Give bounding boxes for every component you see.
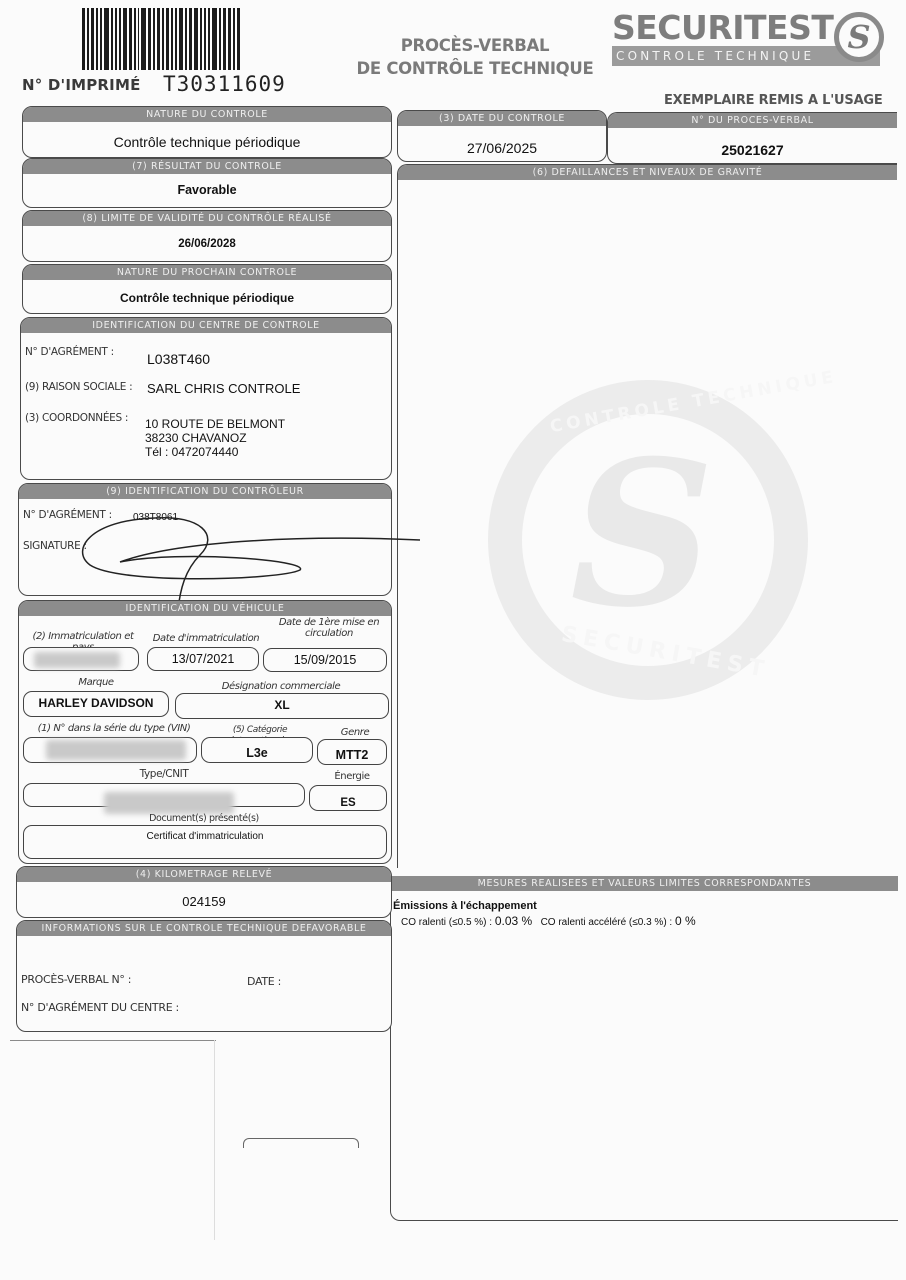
title-line-2: DE CONTRÔLE TECHNIQUE	[340, 57, 610, 80]
exemplaire-note: EXEMPLAIRE REMIS A L'USAGE	[664, 93, 883, 108]
coordonnees-label: (3) COORDONNÉES :	[25, 412, 128, 424]
raison-sociale-label: (9) RAISON SOCIALE :	[25, 381, 132, 393]
documents-field: Certificat d'immatriculation	[23, 825, 387, 859]
date-controle-value: 27/06/2025	[398, 126, 606, 156]
kilometrage-value: 024159	[17, 882, 391, 909]
prochain-controle-value: Contrôle technique périodique	[23, 280, 391, 305]
immatriculation-field	[23, 647, 139, 671]
bottom-fold-line	[214, 1040, 215, 1240]
vin-label: (1) N° dans la série du type (VIN)	[29, 723, 199, 734]
centre-controle-box: IDENTIFICATION DU CENTRE DE CONTROLE N° …	[20, 317, 392, 480]
co-accelere-label: CO ralenti accéléré (≤0.3 %) :	[541, 917, 673, 928]
centre-address: 10 ROUTE DE BELMONT 38230 CHAVANOZ Tél :…	[145, 417, 285, 459]
vin-field	[23, 737, 197, 763]
genre-label: Genre	[323, 727, 387, 738]
kilometrage-box: (4) KILOMETRAGE RELEVÉ 024159	[16, 866, 392, 918]
barcode	[82, 8, 242, 70]
defaillances-header: (6) DEFAILLANCES ET NIVEAUX DE GRAVITÉ	[398, 165, 897, 180]
defavorable-agrement-label: N° D'AGRÉMENT DU CENTRE :	[21, 1001, 179, 1014]
energie-label: Énergie	[319, 771, 385, 782]
date-immat-label: Date d'immatriculation	[151, 633, 261, 644]
redacted-type-cnit	[104, 792, 234, 814]
type-cnit-label: Type/CNIT	[99, 769, 229, 780]
address-line-2: 38230 CHAVANOZ	[145, 431, 285, 445]
defavorable-pv-label: PROCÈS-VERBAL N° :	[21, 973, 131, 986]
kilometrage-header: (4) KILOMETRAGE RELEVÉ	[17, 867, 391, 882]
numero-pv-value: 25021627	[608, 128, 897, 158]
vehicule-header: IDENTIFICATION DU VÉHICULE	[19, 601, 391, 616]
categorie-field: L3e	[201, 737, 313, 763]
title-line-1: PROCÈS-VERBAL	[340, 34, 610, 57]
centre-agrement-label: N° D'AGRÉMENT :	[25, 346, 114, 358]
prochain-controle-box: NATURE DU PROCHAIN CONTROLE Contrôle tec…	[22, 264, 392, 314]
premiere-circulation-label: Date de 1ère mise en circulation	[271, 617, 387, 639]
limite-validite-header: (8) LIMITE DE VALIDITÉ DU CONTRÔLE RÉALI…	[23, 211, 391, 226]
bottom-divider	[10, 1040, 216, 1041]
defaillances-box: (6) DEFAILLANCES ET NIVEAUX DE GRAVITÉ	[397, 164, 897, 868]
limite-validite-box: (8) LIMITE DE VALIDITÉ DU CONTRÔLE RÉALI…	[22, 210, 392, 262]
document-title: PROCÈS-VERBAL DE CONTRÔLE TECHNIQUE	[340, 34, 610, 80]
marque-field: HARLEY DAVIDSON	[23, 691, 169, 717]
limite-validite-value: 26/06/2028	[23, 226, 391, 250]
mesures-box: MESURES REALISEES ET VALEURS LIMITES COR…	[390, 876, 898, 1221]
resultat-box: (7) RÉSULTAT DU CONTROLE Favorable	[22, 158, 392, 208]
imprime-label: N° D'IMPRIMÉ	[22, 76, 141, 94]
signature-scribble-icon	[60, 510, 440, 610]
controleur-header: (9) IDENTIFICATION DU CONTRÔLEUR	[19, 484, 391, 499]
vehicule-box: IDENTIFICATION DU VÉHICULE (2) Immatricu…	[18, 600, 392, 864]
defavorable-header: INFORMATIONS SUR LE CONTROLE TECHNIQUE D…	[17, 921, 391, 936]
date-controle-header: (3) DATE DU CONTROLE	[398, 111, 606, 126]
nature-controle-box: NATURE DU CONTROLE Contrôle technique pé…	[22, 106, 392, 158]
centre-controle-header: IDENTIFICATION DU CENTRE DE CONTROLE	[21, 318, 391, 333]
co-accelere-value: 0 %	[675, 914, 696, 928]
redacted-immatriculation	[34, 652, 120, 668]
numero-pv-header: N° DU PROCES-VERBAL	[608, 113, 897, 128]
co-ralenti-value: 0.03 %	[495, 914, 532, 928]
mesures-header: MESURES REALISEES ET VALEURS LIMITES COR…	[391, 876, 898, 891]
address-phone: Tél : 0472074440	[145, 445, 285, 459]
type-cnit-field	[23, 783, 305, 807]
raison-sociale-value: SARL CHRIS CONTROLE	[147, 381, 300, 396]
logo-wordmark: SECURITEST	[612, 10, 833, 46]
energie-field: ES	[309, 785, 387, 811]
prochain-controle-header: NATURE DU PROCHAIN CONTROLE	[23, 265, 391, 280]
designation-field: XL	[175, 693, 389, 719]
centre-agrement-value: L038T460	[147, 351, 210, 367]
nature-controle-header: NATURE DU CONTROLE	[23, 107, 391, 122]
documents-label: Document(s) présenté(s)	[79, 813, 329, 824]
co-ralenti-label: CO ralenti (≤0.5 %) :	[401, 917, 492, 928]
genre-field: MTT2	[317, 739, 387, 765]
resultat-value: Favorable	[23, 174, 391, 197]
bottom-bracket	[243, 1138, 359, 1148]
address-line-1: 10 ROUTE DE BELMONT	[145, 417, 285, 431]
logo-glyph: S	[847, 21, 870, 53]
date-immat-field: 13/07/2021	[147, 647, 259, 671]
securitest-logo-icon: S	[834, 12, 884, 62]
numero-pv-box: N° DU PROCES-VERBAL 25021627	[607, 112, 897, 164]
redacted-vin	[46, 740, 186, 760]
emissions-values: CO ralenti (≤0.5 %) : 0.03 % CO ralenti …	[401, 914, 696, 928]
defavorable-box: INFORMATIONS SUR LE CONTROLE TECHNIQUE D…	[16, 920, 392, 1032]
marque-label: Marque	[23, 677, 169, 688]
imprime-number: T30311609	[163, 72, 286, 96]
defavorable-date-label: DATE :	[247, 975, 281, 988]
premiere-circulation-field: 15/09/2015	[263, 648, 387, 672]
designation-label: Désignation commerciale	[175, 681, 387, 692]
resultat-header: (7) RÉSULTAT DU CONTROLE	[23, 159, 391, 174]
emissions-section-title: Émissions à l'échappement	[393, 900, 537, 912]
date-controle-box: (3) DATE DU CONTROLE 27/06/2025	[397, 110, 607, 162]
nature-controle-value: Contrôle technique périodique	[23, 122, 391, 150]
